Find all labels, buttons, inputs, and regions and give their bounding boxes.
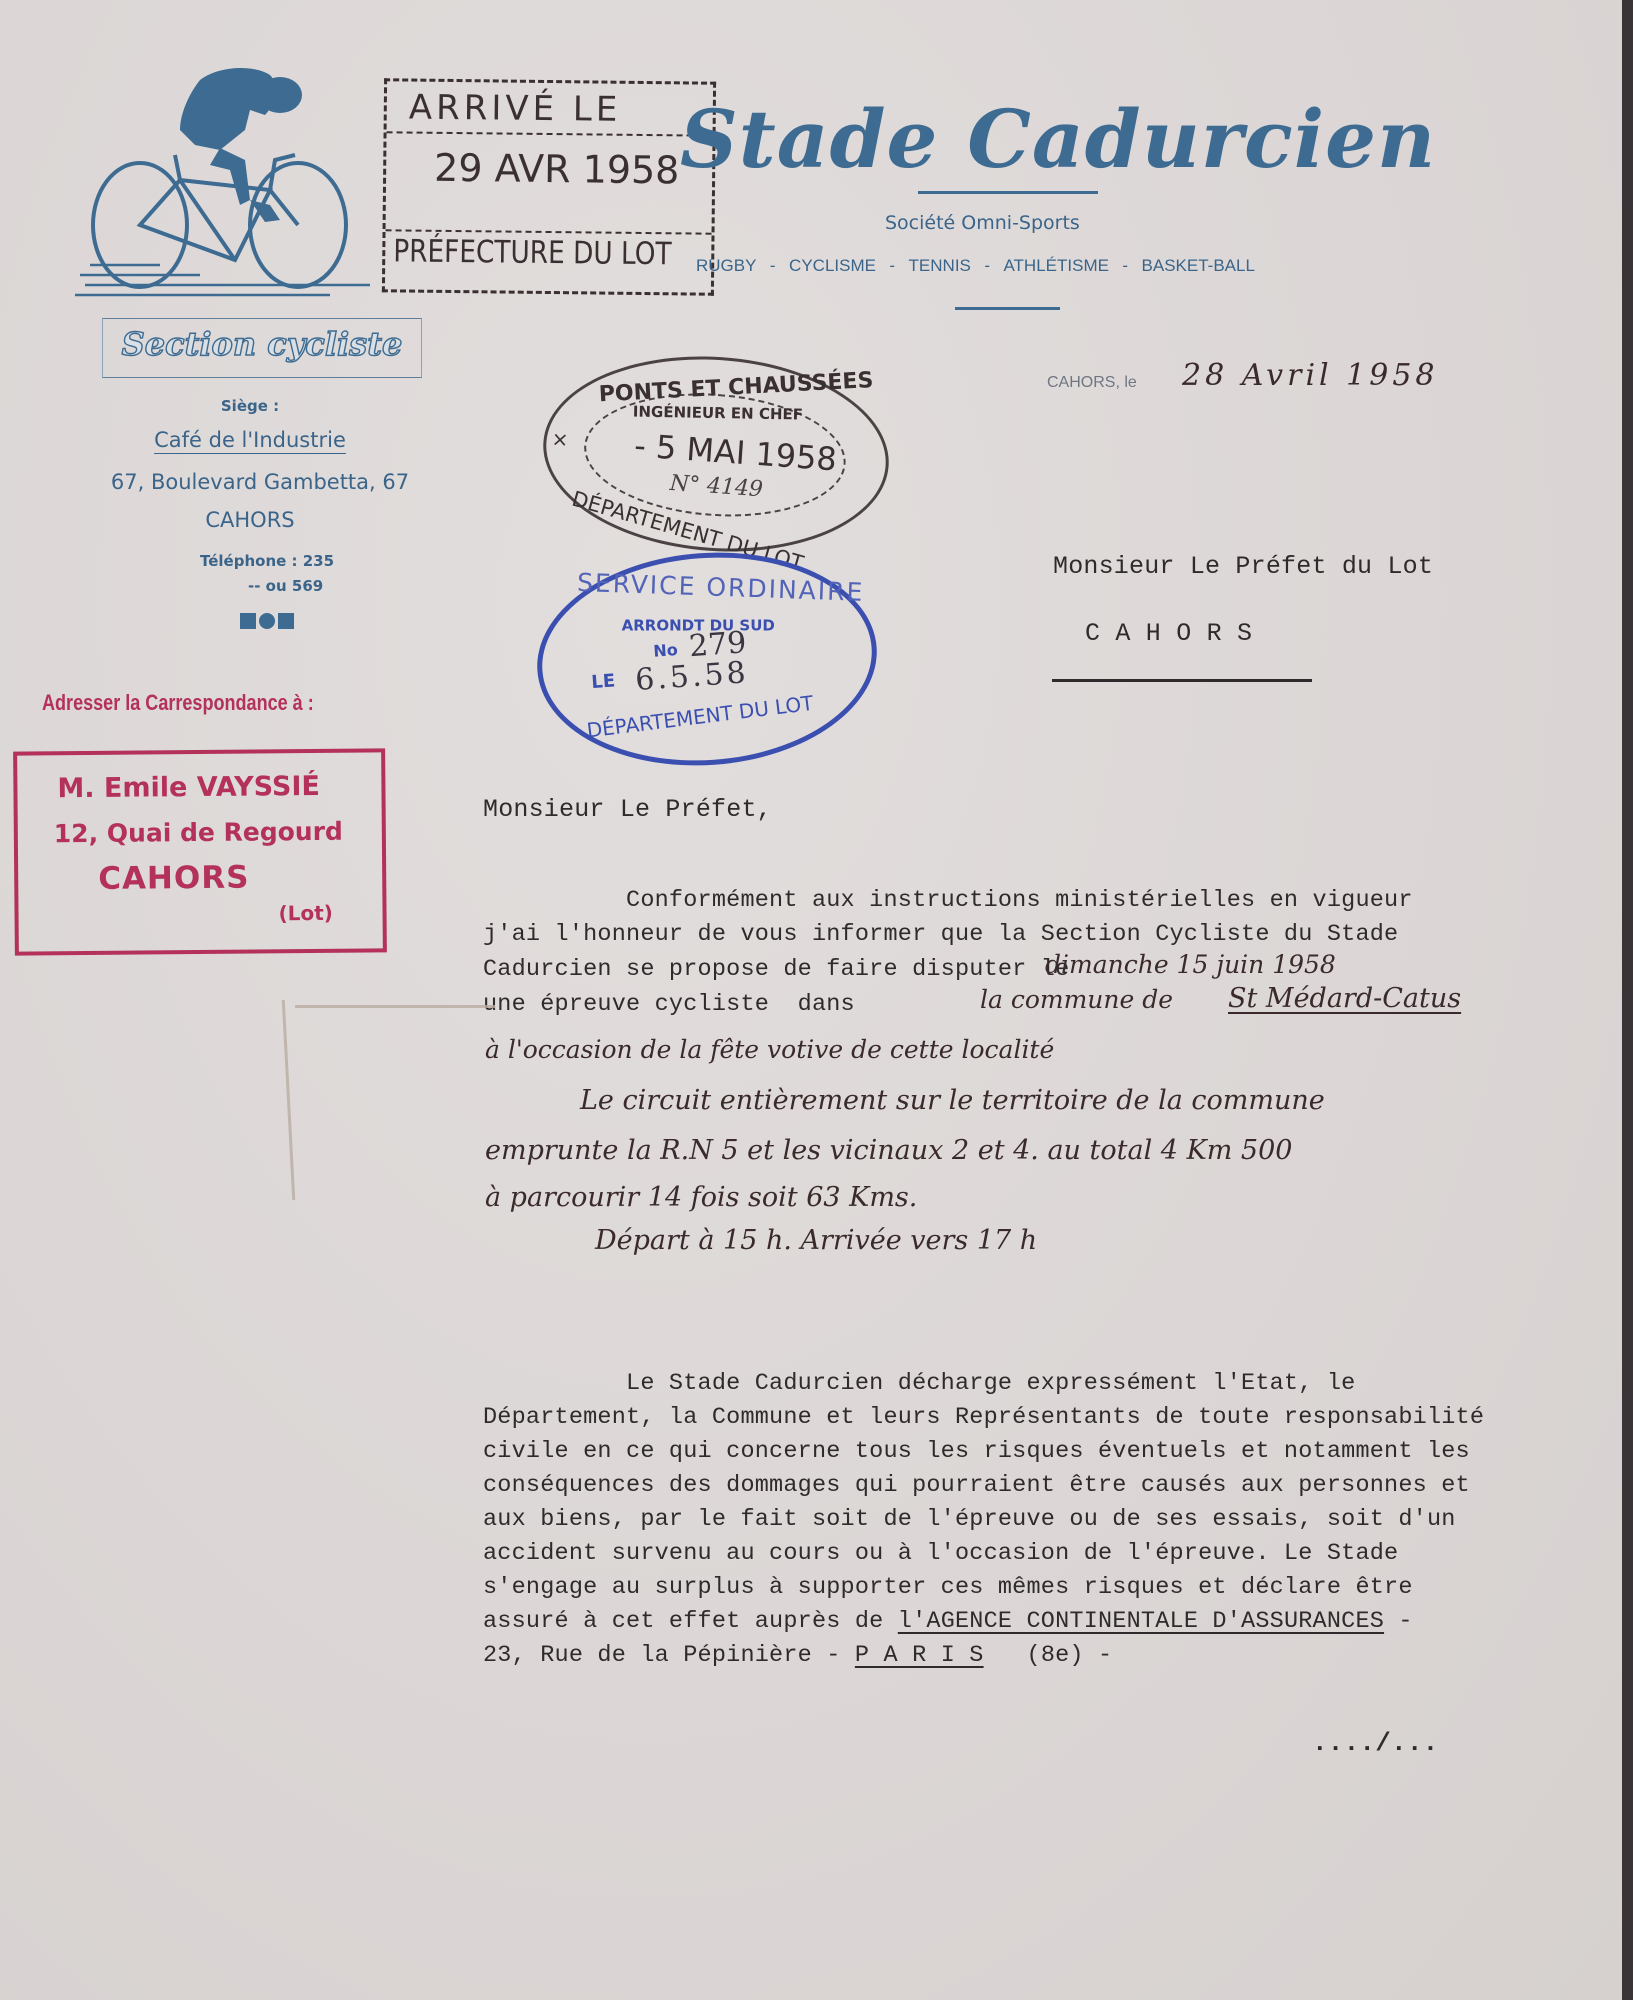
scan-edge (1622, 0, 1633, 2000)
circuit-line-1: Le circuit entièrement sur le territoire… (580, 1085, 1325, 1116)
sports-list: RUGBY - CYCLISME - TENNIS - ATHLÉTISME -… (696, 256, 1255, 276)
arrival-stamp: ARRIVÉ LE 29 AVR 1958 PRÉFECTURE DU LOT (382, 78, 716, 295)
header-rule-top (918, 191, 1098, 194)
service-stamp-number-label: No (653, 640, 679, 661)
para2-line-4: conséquences des dommages qui pourraient… (483, 1472, 1470, 1499)
siege-name: Café de l'Industrie (80, 428, 420, 452)
correspondence-region: (Lot) (278, 901, 333, 925)
siege-city: CAHORS (80, 508, 420, 532)
siege-label: Siège : (80, 397, 420, 415)
continuation-mark: ..../... (1312, 1728, 1438, 1758)
sport-cyclisme: CYCLISME (789, 256, 876, 275)
para2-line-8: assuré à cet effet auprès de l'AGENCE CO… (483, 1608, 1413, 1635)
arrival-stamp-date: 29 AVR 1958 (434, 146, 680, 193)
recipient-line-2: C A H O R S (1085, 619, 1252, 648)
service-stamp-date: 6.5.58 (634, 655, 750, 698)
recipient-rule (1052, 679, 1312, 682)
cyclist-illustration-icon (70, 60, 390, 310)
event-occasion: à l'occasion de la fête votive de cette … (485, 1035, 1054, 1064)
letter-date: 28 Avril 1958 (1182, 358, 1439, 393)
ponts-stamp-sub: INGÉNIEUR EN CHEF (633, 403, 803, 424)
insurer-name: l'AGENCE CONTINENTALE D'ASSURANCES (898, 1608, 1384, 1635)
circuit-line-2: emprunte la R.N 5 et les vicinaux 2 et 4… (485, 1135, 1292, 1166)
commune-name: St Médard-Catus (1228, 983, 1461, 1014)
event-date: dimanche 15 juin 1958 (1045, 950, 1336, 979)
service-stamp-date-label: LE (591, 670, 616, 693)
section-label-box: Section cycliste (102, 318, 422, 378)
correspondence-stamp: M. Emile VAYSSIÉ 12, Quai de Regourd CAH… (13, 748, 387, 955)
club-name: Stade Cadurcien (680, 92, 1436, 186)
ornament-icon (240, 613, 294, 629)
place-date-label: CAHORS, le (1047, 374, 1137, 392)
service-stamp-bottom: DÉPARTEMENT DU LOT (585, 691, 814, 743)
siege-address: 67, Boulevard Gambetta, 67 (80, 470, 440, 494)
correspondence-label: Adresser la Carrespondance à : (42, 690, 314, 716)
circuit-line-3: à parcourir 14 fois soit 63 Kms. (485, 1182, 917, 1213)
header-rule-bottom (955, 307, 1060, 310)
para1-line-2: j'ai l'honneur de vous informer que la S… (483, 921, 1398, 948)
arrival-stamp-office: PRÉFECTURE DU LOT (393, 233, 672, 272)
schedule-line: Départ à 15 h. Arrivée vers 17 h (595, 1225, 1037, 1256)
para2-line-7: s'engage au surplus à supporter ces même… (483, 1574, 1413, 1601)
para1-line-4: une épreuve cycliste dans (483, 991, 855, 1018)
correspondence-name: M. Emile VAYSSIÉ (57, 771, 320, 804)
pencil-mark-horizontal (295, 1005, 495, 1008)
section-label: Section cycliste (103, 325, 421, 363)
address-city: P A R I S (855, 1642, 984, 1669)
para2-line-6: accident survenu au cours ou à l'occasio… (483, 1540, 1398, 1567)
recipient-line-1: Monsieur Le Préfet du Lot (1053, 552, 1433, 581)
telephone-line-2: -- ou 569 (248, 577, 323, 595)
commune-prefix: la commune de (980, 985, 1173, 1014)
para2-line-3: civile en ce qui concerne tous les risqu… (483, 1438, 1470, 1465)
correspondence-street: 12, Quai de Regourd (54, 817, 343, 849)
sport-rugby: RUGBY (696, 256, 756, 275)
arrival-stamp-label: ARRIVÉ LE (409, 88, 622, 130)
correspondence-city: CAHORS (98, 860, 250, 897)
para2-line-2: Département, la Commune et leurs Représe… (483, 1404, 1484, 1431)
para1-line-3: Cadurcien se propose de faire disputer l… (483, 956, 1069, 983)
club-subtitle: Société Omni-Sports (885, 212, 1080, 234)
para1-line-1: Conformément aux instructions ministérie… (483, 887, 1413, 914)
sport-basketball: BASKET-BALL (1142, 256, 1255, 275)
para2-line-9: 23, Rue de la Pépinière - P A R I S (8e)… (483, 1642, 1112, 1669)
sport-athletisme: ATHLÉTISME (1003, 256, 1108, 275)
para2-line-5: aux biens, par le fait soit de l'épreuve… (483, 1506, 1456, 1533)
sport-tennis: TENNIS (909, 256, 971, 275)
telephone-line-1: Téléphone : 235 (200, 552, 334, 570)
para2-line-1: Le Stade Cadurcien décharge expressément… (483, 1370, 1355, 1397)
salutation: Monsieur Le Préfet, (483, 795, 772, 824)
